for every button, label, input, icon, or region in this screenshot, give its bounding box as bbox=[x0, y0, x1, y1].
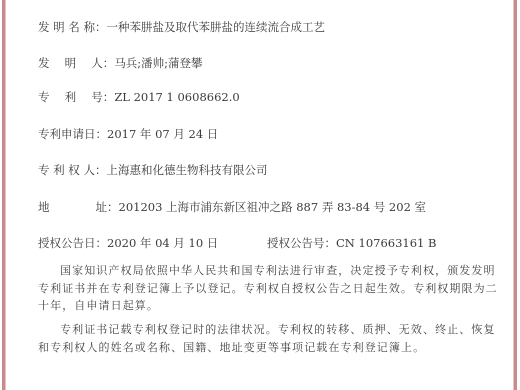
certificate-border-left bbox=[2, 0, 6, 390]
patentee-value: 上海惠和化德生物科技有限公司 bbox=[106, 162, 267, 178]
grant-announcement-date-value: 2020 年 04 月 10 日 bbox=[107, 235, 218, 251]
certificate-border-right bbox=[513, 0, 517, 390]
application-date-label: 专利申请日： bbox=[38, 126, 107, 142]
application-date-value: 2017 年 07 月 24 日 bbox=[107, 126, 218, 142]
inventors-field: 发 明 人：马兵;潘帅;蒲登攀 bbox=[38, 55, 203, 71]
application-date-field: 专利申请日：2017 年 07 月 24 日 bbox=[38, 126, 218, 142]
invention-name-label: 发 明 名 称： bbox=[38, 19, 106, 35]
grant-announcement-date-field: 授权公告日：2020 年 04 月 10 日 bbox=[38, 235, 218, 251]
address-value: 201203 上海市浦东新区祖冲之路 887 弄 83-84 号 202 室 bbox=[119, 199, 427, 215]
inventors-value: 马兵;潘帅;蒲登攀 bbox=[114, 55, 202, 71]
grant-announcement-number-value: CN 107663161 B bbox=[336, 236, 436, 250]
invention-name-value: 一种苯肼盐及取代苯肼盐的连续流合成工艺 bbox=[106, 19, 325, 35]
grant-announcement-number-label: 授权公告号： bbox=[267, 235, 336, 251]
inventors-label: 发 明 人： bbox=[38, 55, 114, 71]
patent-number-label: 专 利 号： bbox=[38, 89, 114, 105]
address-label: 地 址： bbox=[38, 199, 119, 215]
grant-announcement-number-field: 授权公告号：CN 107663161 B bbox=[267, 235, 436, 251]
grant-statement-paragraph: 国家知识产权局依照中华人民共和国专利法进行审查，决定授予专利权，颁发发明专利证书… bbox=[38, 262, 498, 315]
address-field: 地 址：201203 上海市浦东新区祖冲之路 887 弄 83-84 号 202… bbox=[38, 199, 426, 215]
legal-status-paragraph: 专利证书记载专利权登记时的法律状况。专利权的转移、质押、无效、终止、恢复和专利权… bbox=[38, 321, 498, 356]
patentee-label: 专 利 权 人： bbox=[38, 162, 106, 178]
patent-number-value: ZL 2017 1 0608662.0 bbox=[114, 90, 239, 104]
patentee-field: 专 利 权 人：上海惠和化德生物科技有限公司 bbox=[38, 162, 267, 178]
patent-number-field: 专 利 号：ZL 2017 1 0608662.0 bbox=[38, 89, 240, 105]
invention-name-field: 发 明 名 称：一种苯肼盐及取代苯肼盐的连续流合成工艺 bbox=[38, 19, 325, 35]
grant-announcement-date-label: 授权公告日： bbox=[38, 235, 107, 251]
